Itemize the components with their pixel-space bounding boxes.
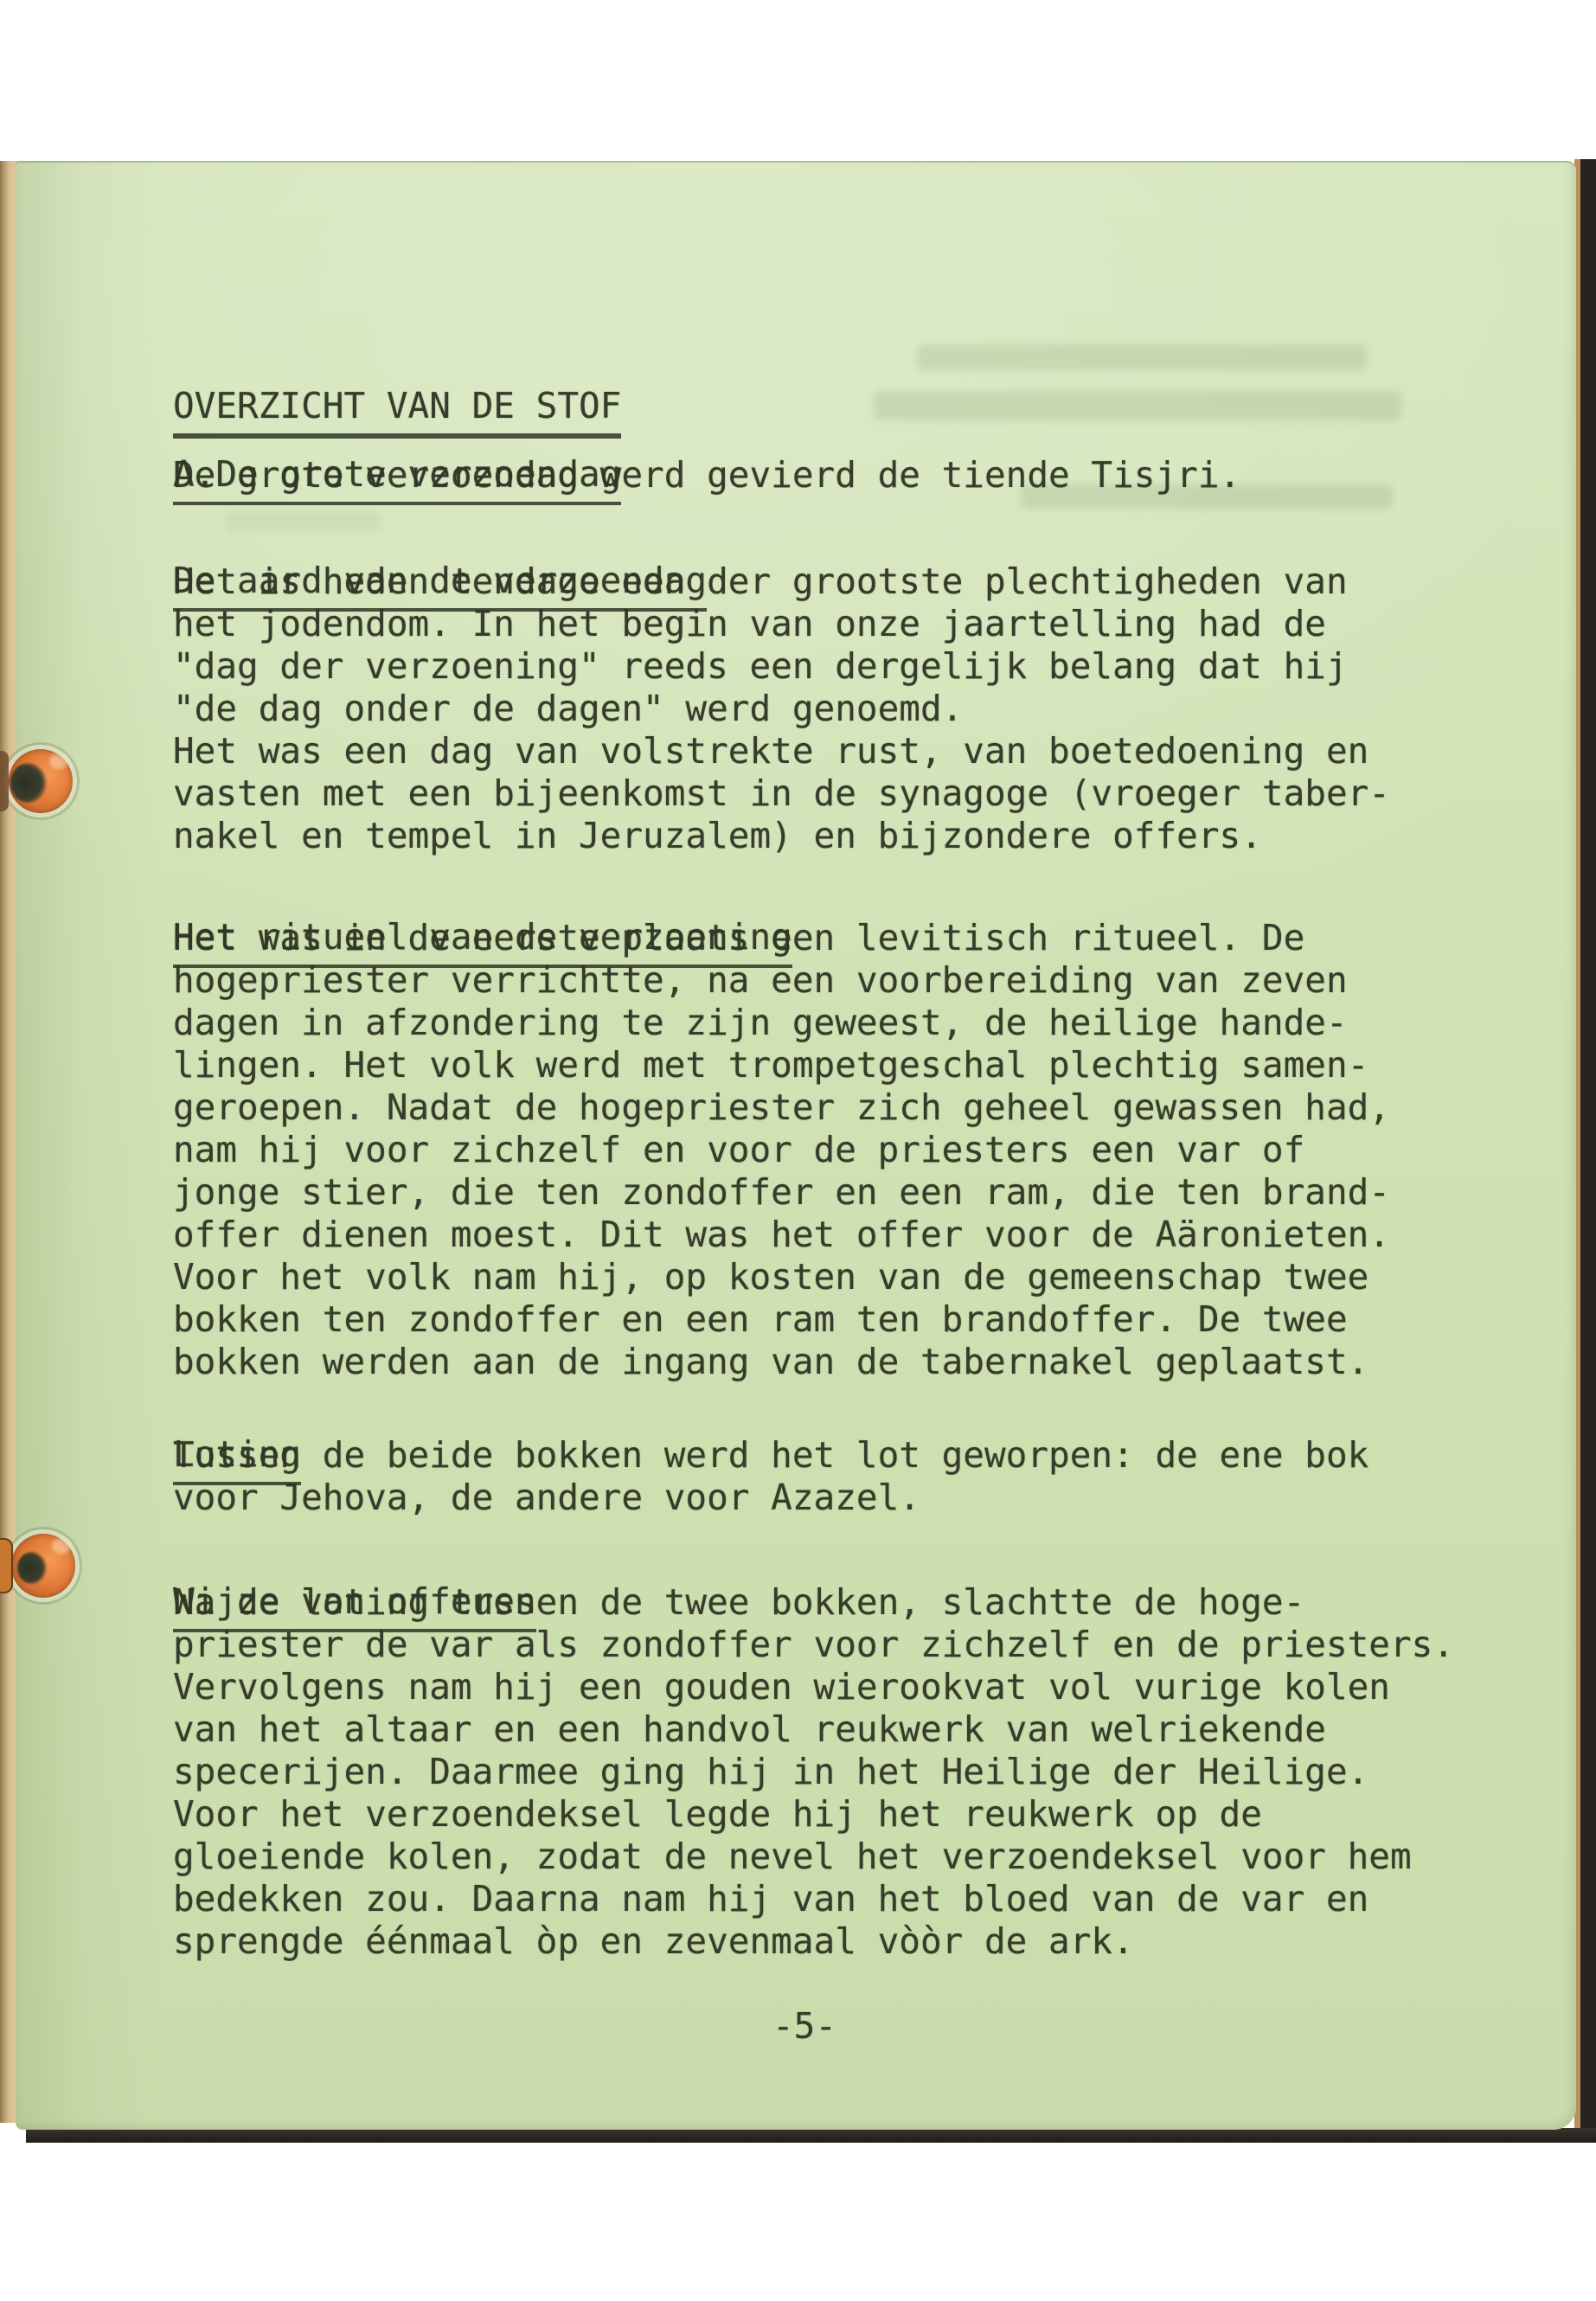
binder-brad-top — [9, 749, 73, 813]
section-body-loting: Tussen de beide bokken werd het lot gewo… — [173, 1434, 1368, 1519]
binder-brad-bottom — [11, 1534, 75, 1598]
binding-edge-mark — [0, 751, 9, 811]
showthrough-ghost — [917, 344, 1367, 370]
binding-edge-brad-peek — [0, 1538, 13, 1593]
showthrough-ghost — [874, 391, 1401, 420]
black-backing-bottom — [26, 2128, 1596, 2143]
underlying-pages-edge — [0, 161, 17, 2123]
black-backing-right — [1574, 159, 1596, 2142]
section-body-grote-verzoendag: De grote verzoendag werd gevierd de tien… — [173, 454, 1240, 497]
section-body-wijze: Na de loting tussen de twee bokken, slac… — [173, 1581, 1454, 1963]
section-body-ritueel: Het was in de eerste plaats een levitisc… — [173, 917, 1390, 1383]
section-body-aard: Het is heden tendage een der grootste pl… — [173, 561, 1390, 857]
page-number: -5- — [772, 2005, 836, 2048]
scanned-document: OVERZICHT VAN DE STOF A.De grote verzoen… — [0, 0, 1596, 2301]
